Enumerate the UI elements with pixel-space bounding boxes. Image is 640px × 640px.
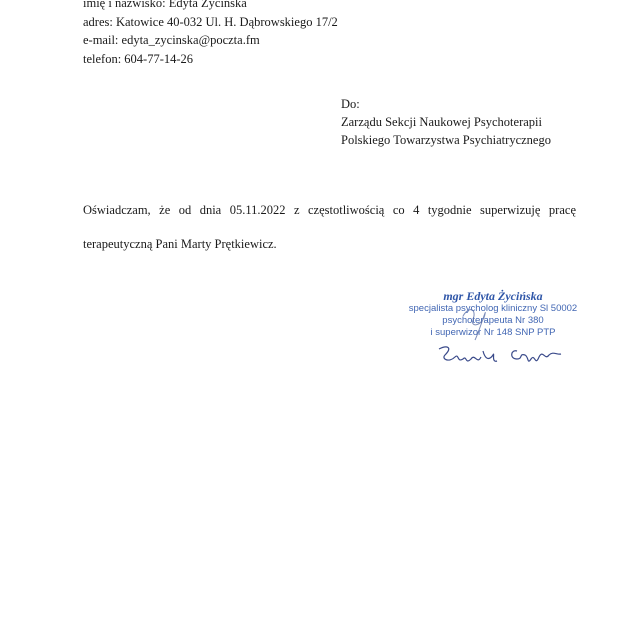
statement-line-2: terapeutyczną Pani Marty Prętkiewicz. (83, 237, 277, 252)
recipient-block: Do: Zarządu Sekcji Naukowej Psychoterapi… (341, 95, 551, 149)
handwritten-signature-icon (435, 341, 565, 371)
sender-block: imię i nazwisko: Edyta Życińska adres: K… (83, 0, 338, 68)
sender-name: imię i nazwisko: Edyta Życińska (83, 0, 338, 13)
recipient-line-2: Polskiego Towarzystwa Psychiatrycznego (341, 131, 551, 149)
sender-email: e-mail: edyta_zycinska@poczta.fm (83, 31, 338, 50)
statement-line-1: Oświadczam, że od dnia 05.11.2022 z częs… (83, 203, 576, 218)
sender-address: adres: Katowice 40-032 Ul. H. Dąbrowskie… (83, 13, 338, 32)
signature-scribble-icon (455, 296, 495, 346)
recipient-to-label: Do: (341, 95, 551, 113)
recipient-line-1: Zarządu Sekcji Naukowej Psychoterapii (341, 113, 551, 131)
sender-phone: telefon: 604-77-14-26 (83, 50, 338, 69)
